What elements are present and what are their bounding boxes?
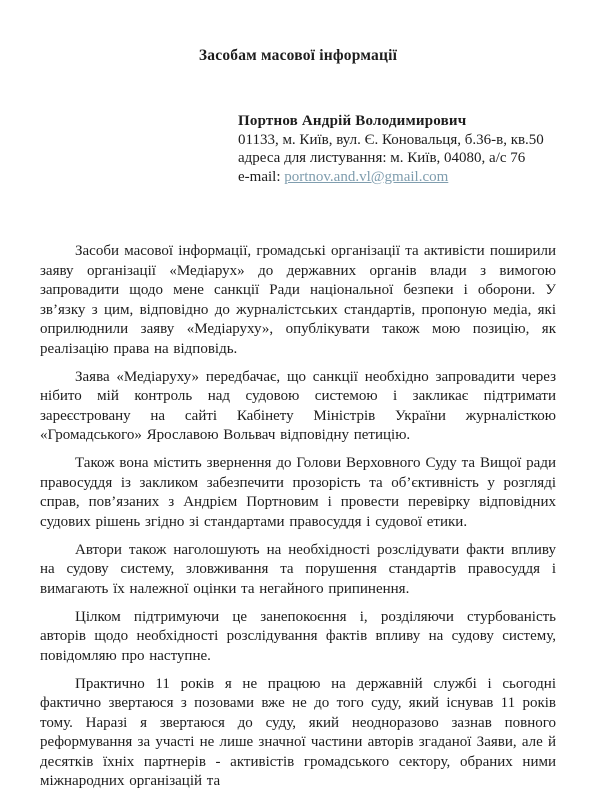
letter-body: Засоби масової інформації, громадські ор… <box>40 242 556 792</box>
sender-contact-block: Портнов Андрій Володимирович 01133, м. К… <box>238 112 556 186</box>
letter-page: Засобам масової інформації Портнов Андрі… <box>0 0 596 800</box>
body-paragraph-2: Заява «Медіаруху» передбачає, що санкції… <box>40 368 556 446</box>
email-label: e-mail: <box>238 169 284 185</box>
body-paragraph-4: Автори також наголошують на необхідності… <box>40 541 556 600</box>
document-title: Засобам масової інформації <box>40 46 556 66</box>
body-paragraph-5: Цілком підтримуючи це занепокоєння і, ро… <box>40 608 556 667</box>
sender-email-link[interactable]: portnov.and.vl@gmail.com <box>284 169 448 185</box>
body-paragraph-1: Засоби масової інформації, громадські ор… <box>40 242 556 359</box>
sender-email-line: e-mail: portnov.and.vl@gmail.com <box>238 168 556 187</box>
body-paragraph-3: Також вона містить звернення до Голови В… <box>40 454 556 532</box>
sender-address-line-1: 01133, м. Київ, вул. Є. Коновальця, б.36… <box>238 131 556 150</box>
body-paragraph-6: Практично 11 років я не працюю на держав… <box>40 675 556 792</box>
sender-name: Портнов Андрій Володимирович <box>238 112 556 131</box>
sender-address-line-2: адреса для листування: м. Київ, 04080, а… <box>238 149 556 168</box>
